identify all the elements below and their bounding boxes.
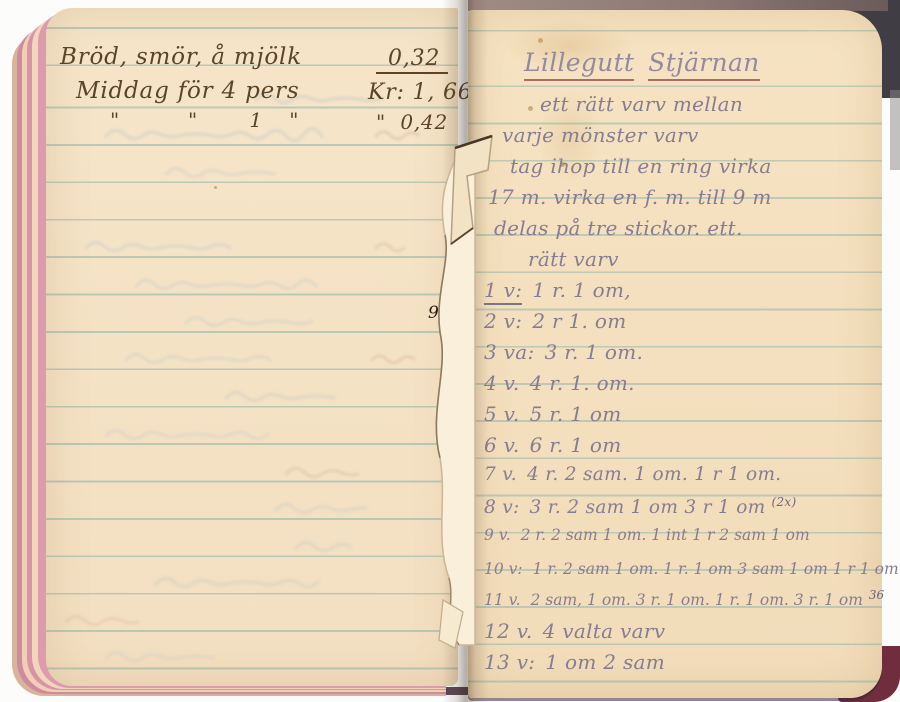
ledger-entry-ditto-marks: " " 1 ": [110, 108, 300, 132]
row-text: 2 r. 2 sam 1 om. 1 int 1 r 2 sam 1 om: [521, 526, 810, 544]
row-label: 2 v:: [484, 309, 522, 333]
intro-line: tag ihop till en ring virka: [510, 154, 878, 185]
row-label: 4 v.: [484, 371, 520, 395]
pattern-row: 7 v.4 r. 2 sam. 1 om. 1 r 1 om.: [484, 464, 878, 495]
row-text: 2 sam, 1 om. 3 r. 1 om. 1 r. 1 om. 3 r. …: [531, 591, 863, 609]
row-label: 10 v:: [484, 560, 523, 578]
pattern-row: 13 v:1 om 2 sam: [484, 650, 878, 681]
intro-line: delas på tre stickor. ett.: [494, 216, 878, 247]
pattern-row: 11 v.2 sam, 1 om. 3 r. 1 om. 1 r. 1 om. …: [484, 588, 878, 619]
row-text: 1 r. 2 sam 1 om. 1 r. 1 om 3 sam 1 om 1 …: [533, 560, 899, 578]
row-text: 6 r. 1 om: [530, 433, 622, 457]
row-label: 9 v.: [484, 526, 511, 544]
row-label: 13 v:: [484, 650, 535, 674]
pattern-row: 5 v.5 r. 1 om: [484, 402, 878, 433]
page-title-word: Lillegutt: [524, 48, 634, 81]
row-text: 4 r. 2 sam. 1 om. 1 r 1 om.: [527, 464, 781, 485]
row-label: 7 v.: [484, 464, 517, 485]
pattern-row: 9 v.2 r. 2 sam 1 om. 1 int 1 r 2 sam 1 o…: [484, 526, 878, 557]
backdrop-right-edge: [890, 90, 900, 170]
intro-line: ett rätt varv mellan: [540, 92, 878, 123]
pattern-row: 6 v.6 r. 1 om: [484, 433, 878, 464]
intro-line: 17 m. virka en f. m. till 9 m: [488, 185, 878, 216]
row-repeat-note: (2x): [772, 495, 797, 509]
row-label: 3 va:: [484, 340, 535, 364]
paper-speck: [538, 38, 543, 43]
pattern-row: 10 v:1 r. 2 sam 1 om. 1 r. 1 om 3 sam 1 …: [484, 557, 878, 588]
right-page: LilleguttStjärnan ett rätt varv mellan v…: [468, 10, 882, 698]
pattern-row: 2 v:2 r 1. om: [484, 309, 878, 340]
row-text: 4 valta varv: [543, 619, 666, 643]
pattern-notes: LilleguttStjärnan ett rätt varv mellan v…: [484, 48, 878, 681]
pattern-row: 4 v.4 r. 1. om.: [484, 371, 878, 402]
notebook-photo: Bröd, smör, å mjölk 0,32 Middag för 4 pe…: [0, 0, 900, 702]
ledger-entry-item: Middag för 4 pers: [76, 78, 299, 104]
row-label: 1 v:: [484, 278, 522, 305]
page-title: LilleguttStjärnan: [524, 48, 878, 82]
row-text: 5 r. 1 om: [530, 402, 622, 426]
intro-line: varje mönster varv: [502, 123, 878, 154]
ledger-entry-amount: " 0,42: [376, 110, 448, 134]
row-label: 5 v.: [484, 402, 520, 426]
row-label: 12 v.: [484, 619, 533, 643]
ledger-entry-item: Bröd, smör, å mjölk: [60, 44, 302, 70]
row-label: 11 v.: [484, 591, 521, 609]
ledger-entry-amount: 0,32: [376, 46, 448, 74]
page-title-word: Stjärnan: [648, 48, 759, 81]
row-text: 1 om 2 sam: [545, 650, 665, 674]
row-label: 8 v:: [484, 497, 520, 518]
row-text: 3 r. 2 sam 1 om 3 r 1 om: [530, 497, 766, 518]
intro-line: rätt varv: [528, 247, 878, 278]
row-text: 3 r. 1 om.: [545, 340, 644, 364]
left-page: Bröd, smör, å mjölk 0,32 Middag för 4 pe…: [46, 8, 458, 686]
row-text: 2 r 1. om: [532, 309, 626, 333]
row-text: 1 r. 1 om,: [532, 278, 631, 302]
pattern-row: 3 va:3 r. 1 om.: [484, 340, 878, 371]
ledger-entry-amount: Kr: 1, 66: [368, 80, 473, 105]
row-stitch-count: 36: [869, 588, 884, 602]
row-text: 4 r. 1. om.: [530, 371, 635, 395]
pattern-row: 1 v:1 r. 1 om,: [484, 278, 878, 309]
pattern-row: 12 v.4 valta varv: [484, 619, 878, 650]
pattern-row: 8 v:3 r. 2 sam 1 om 3 r 1 om(2x): [484, 495, 878, 526]
row-label: 6 v.: [484, 433, 520, 457]
